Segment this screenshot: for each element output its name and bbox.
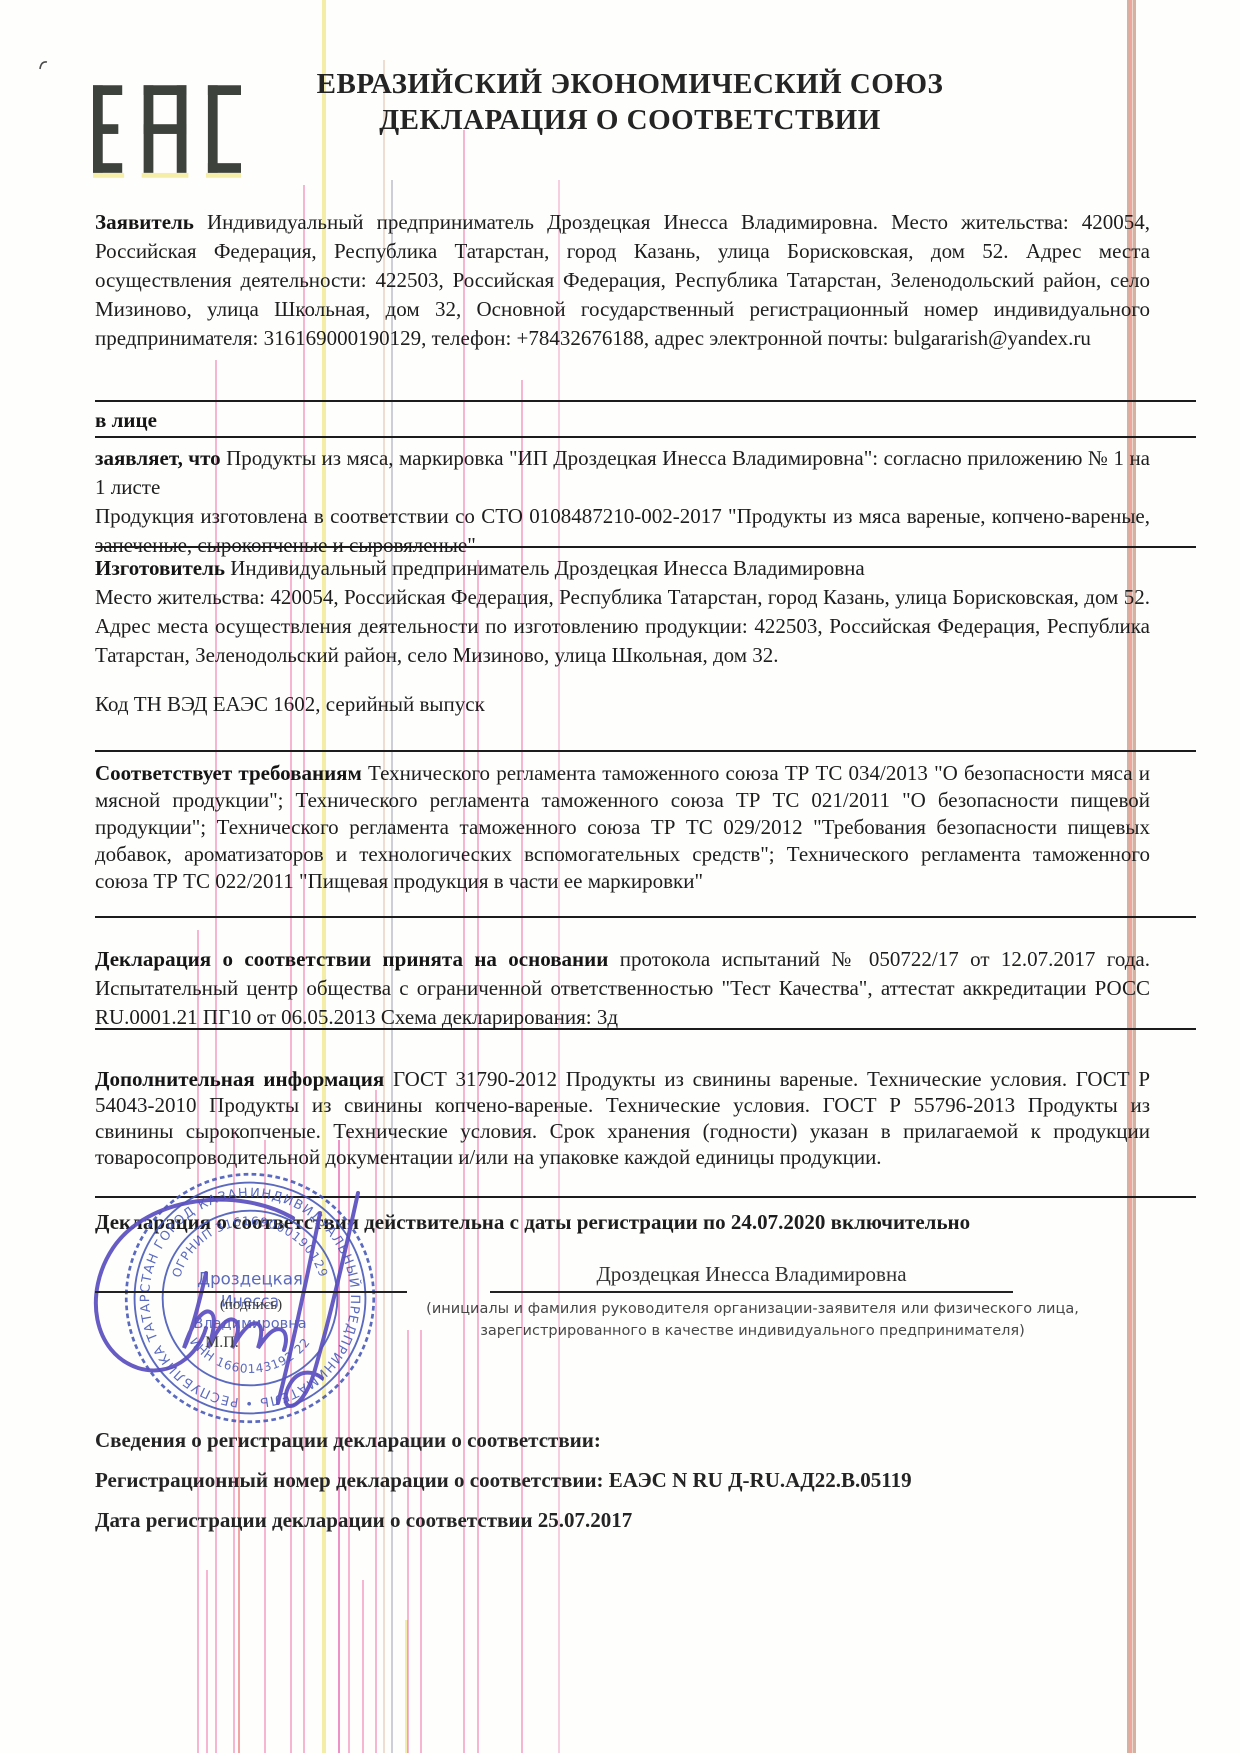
signatory-fineprint: (инициалы и фамилия руководителя организ… xyxy=(425,1298,1080,1342)
section-complies: Соответствует требованиям Технического р… xyxy=(95,752,1196,918)
section-manufacturer: Изготовитель Индивидуальный предпринимат… xyxy=(95,548,1196,752)
declares-label: заявляет, что xyxy=(95,446,221,470)
scan-artifact-line xyxy=(206,1570,208,1753)
title-line-union: ЕВРАЗИЙСКИЙ ЭКОНОМИЧЕСКИЙ СОЮЗ xyxy=(270,66,990,102)
additional-label: Дополнительная информация xyxy=(95,1067,384,1091)
manufacturer-label: Изготовитель xyxy=(95,556,225,580)
eac-logo xyxy=(93,84,241,180)
scan-artifact-line xyxy=(362,1580,364,1753)
basis-label: Декларация о соответствии принята на осн… xyxy=(95,947,608,971)
tnved-code-text: Код ТН ВЭД ЕАЭС 1602, серийный выпуск xyxy=(95,692,485,716)
title-line-declaration: ДЕКЛАРАЦИЯ О СООТВЕТСТВИИ xyxy=(270,102,990,138)
manufacturer-text-1: Индивидуальный предприниматель Дроздецка… xyxy=(230,556,864,580)
signature-caption: (подпись) xyxy=(95,1297,407,1314)
registration-number: Регистрационный номер декларации о соотв… xyxy=(95,1468,1155,1493)
section-basis: Декларация о соответствии принята на осн… xyxy=(95,918,1196,1030)
declares-text-1: Продукты из мяса, маркировка "ИП Дроздец… xyxy=(95,446,1150,499)
signatory-name: Дроздецкая Инесса Владимировна xyxy=(490,1262,1013,1287)
signature-line xyxy=(95,1291,407,1293)
applicant-label: Заявитель xyxy=(95,210,194,234)
declaration-document: ЕВРАЗИЙСКИЙ ЭКОНОМИЧЕСКИЙ СОЮЗ ДЕКЛАРАЦИ… xyxy=(0,0,1240,1753)
in-person-label: в лице xyxy=(95,408,157,432)
scan-artifact-line xyxy=(405,1620,408,1753)
scan-speck xyxy=(38,58,50,72)
fineprint-line-1: (инициалы и фамилия руководителя организ… xyxy=(425,1298,1080,1320)
scan-artifact-line xyxy=(420,1330,422,1753)
complies-label: Соответствует требованиям xyxy=(95,761,362,785)
applicant-text: Индивидуальный предприниматель Дроздецка… xyxy=(95,210,1150,350)
section-applicant: Заявитель Индивидуальный предприниматель… xyxy=(95,204,1196,402)
section-in-person: в лице xyxy=(95,402,1196,438)
stamp-place-label: М.П. xyxy=(205,1334,239,1352)
signatory-name-line xyxy=(490,1291,1013,1293)
manufacturer-text-2: Место жительства: 420054, Российская Фед… xyxy=(95,585,1150,667)
section-declares: заявляет, что Продукты из мяса, маркиров… xyxy=(95,438,1196,548)
registration-date: Дата регистрации декларации о соответств… xyxy=(95,1508,1155,1533)
fineprint-line-2: зарегистрированного в качестве индивидуа… xyxy=(425,1320,1080,1342)
registration-info-label: Сведения о регистрации декларации о соот… xyxy=(95,1428,1155,1453)
document-title: ЕВРАЗИЙСКИЙ ЭКОНОМИЧЕСКИЙ СОЮЗ ДЕКЛАРАЦИ… xyxy=(270,66,990,138)
